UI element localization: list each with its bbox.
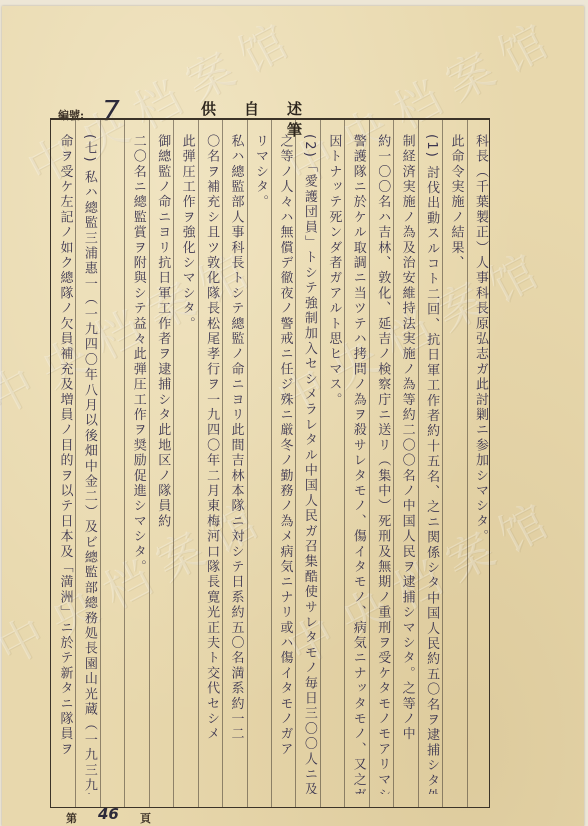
manuscript-grid: 科長（千葉製正）人事科長原弘志ガ此討剿ニ参加シマシタ。此命令実施ノ結果、(1) … — [50, 118, 490, 808]
text-column: 此命令実施ノ結果、 — [443, 134, 465, 794]
text-column: 科長（千葉製正）人事科長原弘志ガ此討剿ニ参加シマシタ。 — [468, 134, 490, 794]
text-column: (2)「愛護団員」トシテ強制加入セシメラレタル中国人民ガ召集酷使サレタモノ毎日三… — [296, 134, 318, 794]
text-column: リマシタ。 — [248, 134, 270, 794]
page-suffix: 頁 — [140, 810, 151, 826]
text-column: 約一〇〇名ハ吉林、敦化、延吉ノ検察庁ニ送リ（集中）死刑及無期ノ重刑ヲ受ケタモノモ… — [370, 134, 392, 794]
text-column: (七) 私ハ總監三浦惠一（一九四〇年八月以後畑中金二）及ビ總監部總務処長園山光蔵… — [76, 134, 98, 794]
text-column: 警護隊ニ於ケル取調ニ当ツテハ拷問ノ為ヲ殺サレタモノ、傷イタモノ、病気ニナッタモノ… — [345, 134, 367, 794]
page-prefix: 第 — [66, 810, 77, 826]
text-column: (1) 討伐出動スルコト二回、抗日軍工作者約十五名、之ニ関係シタ中国人民約五〇名… — [419, 134, 441, 794]
text-column: 因トナッテ死ンダ者ガアルト思ヒマス。 — [321, 134, 343, 794]
text-column: 私ハ總監部人事科長トシテ總監ノ命ニヨリ此間吉林本隊ニ対シテ日系約五〇名満系約一二 — [223, 134, 245, 794]
text-column: 〇名ヲ補充シ且ツ敦化隊長松尾孝行ヲ一九四〇年二月東梅河口隊長寛光正夫ト交代セシメ — [199, 134, 221, 794]
text-column: 此弾圧工作ヲ強化シマシタ。 — [174, 134, 196, 794]
text-column: 之等ノ人々ハ無償デ徹夜ノ警戒ニ任ジ殊ニ厳冬ノ勤務ノ為メ病気ニナリ或ハ傷イタモノガ… — [272, 134, 294, 794]
column-rule — [100, 120, 101, 807]
text-column: 御總監ノ命ニヨリ抗日軍工作者ヲ逮捕シタ此地区ノ隊員約 — [150, 134, 172, 794]
text-column: 二〇名ニ總監賞ヲ附與シテ益々此弾圧工作ヲ奨励促進シマシタ。 — [125, 134, 147, 794]
text-column: 制経済実施ノ為及治安維持法実施ノ為等約二〇〇名ノ中国人民ヲ逮捕シマシタ。之等ノ中 — [394, 134, 416, 794]
page-number: 46 — [98, 805, 119, 823]
text-column: 命ヲ受ケ左記ノ如ク總隊ノ欠員補充及増員ノ目的ヲ以テ日本及「満洲」ニ於テ新タニ隊員… — [52, 134, 74, 794]
